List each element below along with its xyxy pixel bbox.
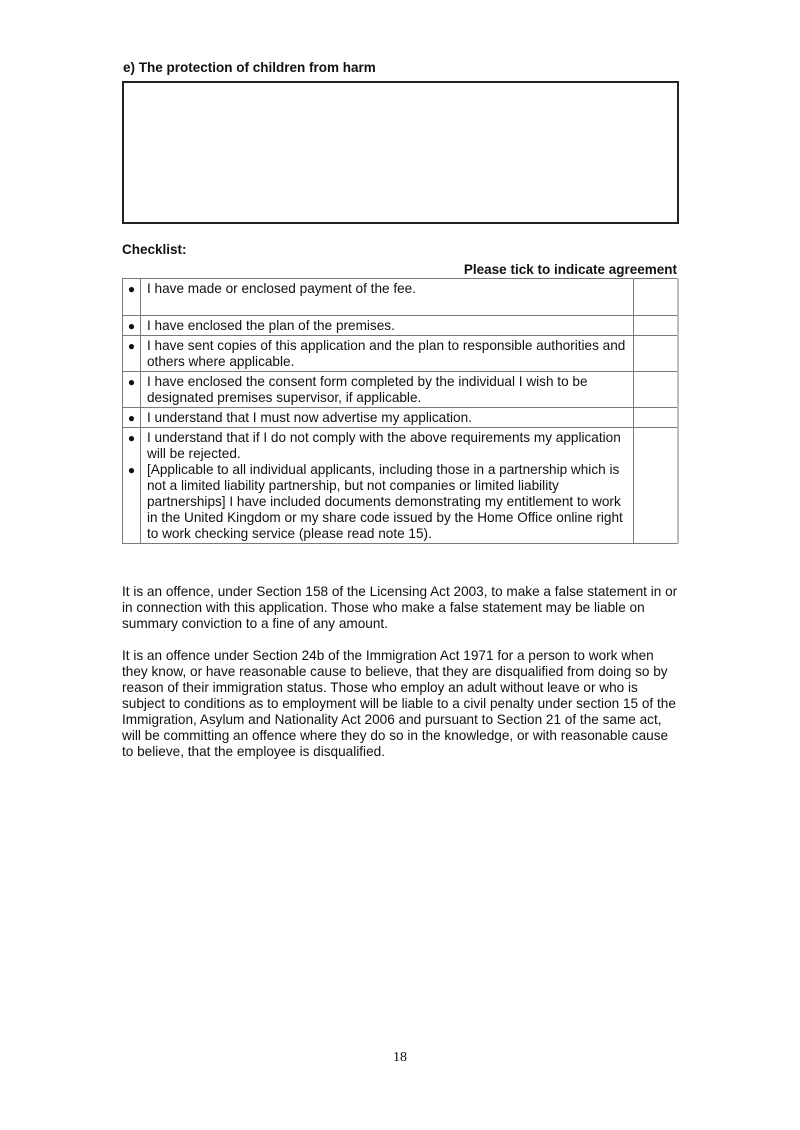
agreement-tick-box[interactable] <box>634 428 679 544</box>
agreement-tick-box[interactable] <box>634 316 679 336</box>
protection-of-children-answer-box[interactable] <box>122 81 679 224</box>
section-title: e) The protection of children from harm <box>123 60 376 75</box>
bullet-icon: ● <box>123 374 140 390</box>
checklist-row: ●I have made or enclosed payment of the … <box>123 279 679 316</box>
agreement-tick-box[interactable] <box>634 336 679 372</box>
bullet-cell: ● <box>123 336 141 372</box>
checklist-item-text: I have made or enclosed payment of the f… <box>141 279 634 316</box>
checklist-row: ●I have enclosed the plan of the premise… <box>123 316 679 336</box>
bullet-icon: ● <box>123 410 140 426</box>
agreement-tick-box[interactable] <box>634 408 679 428</box>
checklist-item-text: I have enclosed the consent form complet… <box>141 372 634 408</box>
bullet-icon: ● <box>123 430 140 446</box>
checklist-item-text: I understand that if I do not comply wit… <box>141 428 634 544</box>
bullet-icon: ● <box>123 281 140 297</box>
checklist-row: ●I have sent copies of this application … <box>123 336 679 372</box>
checklist-title: Checklist: <box>122 242 187 257</box>
bullet-cell: ● <box>123 279 141 316</box>
bullet-icon: ● <box>123 462 140 478</box>
bullet-cell: ● <box>123 408 141 428</box>
bullet-cell: ● <box>123 372 141 408</box>
tick-instruction: Please tick to indicate agreement <box>464 262 677 277</box>
checklist-table: ●I have made or enclosed payment of the … <box>122 278 679 544</box>
checklist-item-text: I have enclosed the plan of the premises… <box>141 316 634 336</box>
checklist-item-text: I understand that I must now advertise m… <box>141 408 634 428</box>
checklist-item-text: I have sent copies of this application a… <box>141 336 634 372</box>
checklist-row: ●●I understand that if I do not comply w… <box>123 428 679 544</box>
checklist-row: ●I understand that I must now advertise … <box>123 408 679 428</box>
immigration-act-offence-paragraph: It is an offence under Section 24b of th… <box>122 648 682 760</box>
agreement-tick-box[interactable] <box>634 279 679 316</box>
bullet-cell: ● <box>123 316 141 336</box>
checklist-row: ●I have enclosed the consent form comple… <box>123 372 679 408</box>
bullet-icon: ● <box>123 338 140 354</box>
agreement-tick-box[interactable] <box>634 372 679 408</box>
page-number: 18 <box>0 1050 800 1066</box>
bullet-cell: ●● <box>123 428 141 544</box>
bullet-icon: ● <box>123 318 140 334</box>
licensing-act-offence-paragraph: It is an offence, under Section 158 of t… <box>122 584 682 632</box>
